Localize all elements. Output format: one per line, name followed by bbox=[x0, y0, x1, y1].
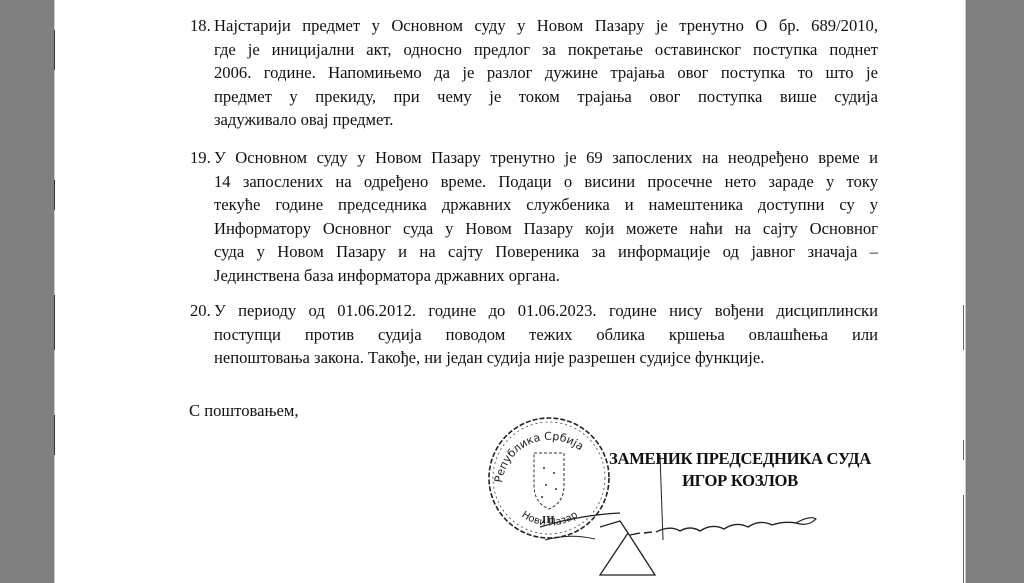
scan-artifact bbox=[54, 295, 55, 350]
closing-salutation: С поштовањем, bbox=[189, 401, 299, 421]
text-line: предмет у прекиду, при чему је током тра… bbox=[214, 85, 878, 109]
item-text: Најстарији предмет у Основном суду у Нов… bbox=[214, 14, 878, 132]
text-line: поступци против судија поводом тежих обл… bbox=[214, 323, 878, 347]
item-text: У Основном суду у Новом Пазару тренутно … bbox=[214, 146, 878, 288]
text-line: 14 запослених на одређено време. Подаци … bbox=[214, 170, 878, 194]
text-line: текуће године председника државних служб… bbox=[214, 193, 878, 217]
text-line: У Основном суду у Новом Пазару тренутно … bbox=[214, 146, 878, 170]
text-line: где је иницијални акт, односно предлог з… bbox=[214, 38, 878, 62]
scan-artifact bbox=[54, 415, 55, 455]
text-line: Најстарији предмет у Основном суду у Нов… bbox=[214, 14, 878, 38]
item-number: 18. bbox=[190, 14, 211, 38]
scan-artifact bbox=[963, 495, 964, 583]
text-line: суда у Новом Пазару и на сајту Повереник… bbox=[214, 240, 878, 264]
list-item-18: 18. Најстарији предмет у Основном суду у… bbox=[190, 14, 878, 132]
text-line: 2006. године. Напомињемо да је разлог ду… bbox=[214, 61, 878, 85]
text-line: Јединствена база информатора државних ор… bbox=[214, 264, 878, 288]
list-item-20: 20. У периоду од 01.06.2012. године до 0… bbox=[190, 299, 878, 370]
item-number: 20. bbox=[190, 299, 211, 323]
scan-artifact bbox=[963, 440, 964, 460]
item-number: 19. bbox=[190, 146, 211, 170]
list-item-19: 19. У Основном суду у Новом Пазару трену… bbox=[190, 146, 878, 288]
signature-icon bbox=[540, 455, 880, 583]
scan-artifact bbox=[54, 30, 55, 70]
text-line: непоштовања закона. Такође, ни један суд… bbox=[214, 346, 878, 370]
text-line: Информатору Основног суда у Новом Пазару… bbox=[214, 217, 878, 241]
text-line: задуживало овај предмет. bbox=[214, 108, 878, 132]
item-text: У периоду од 01.06.2012. године до 01.06… bbox=[214, 299, 878, 370]
scan-artifact bbox=[963, 305, 964, 350]
text-line: У периоду од 01.06.2012. године до 01.06… bbox=[214, 299, 878, 323]
scan-artifact bbox=[54, 180, 55, 210]
